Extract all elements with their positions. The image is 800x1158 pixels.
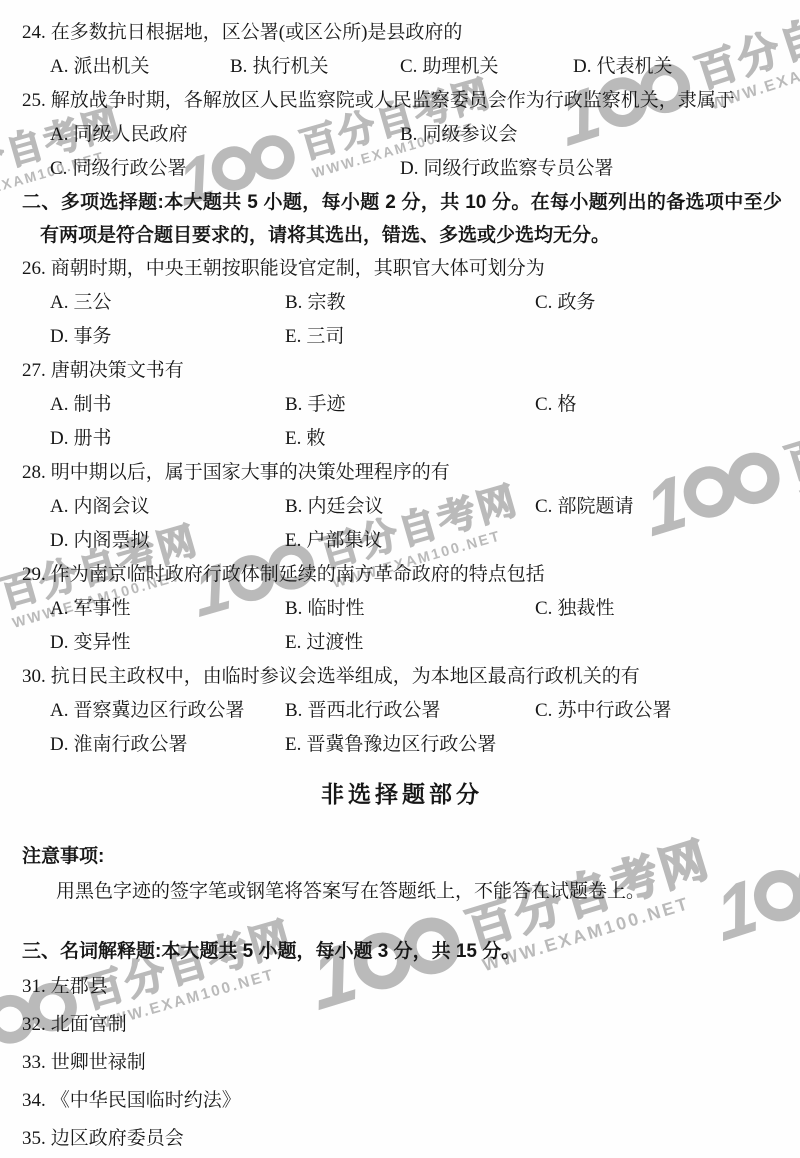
option-B: B.同级参议会 xyxy=(400,118,782,152)
option-text: 助理机关 xyxy=(422,56,498,77)
option-C: C.同级行政公署 xyxy=(50,152,400,186)
option-label: D. xyxy=(573,56,591,77)
option-E: E.过渡性 xyxy=(285,626,535,660)
term-number: 32. xyxy=(22,1006,46,1044)
exam-paper-page: 1百分自考网WWW.EXAM100.NET1百分自考网WWW.EXAM100.N… xyxy=(0,0,800,1158)
option-B: B.晋西北行政公署 xyxy=(285,694,535,728)
option-text: 代表机关 xyxy=(596,56,672,77)
question-stem: 作为南京临时政府行政体制延续的南方革命政府的特点包括 xyxy=(51,558,545,592)
term-item-34: 34.《中华民国临时约法》 xyxy=(22,1082,782,1120)
option-C: C.助理机关 xyxy=(400,50,573,84)
option-B: B.执行机关 xyxy=(230,50,400,84)
question-number: 26. xyxy=(22,252,46,286)
option-text: 制书 xyxy=(73,394,111,415)
term-text: 边区政府委员会 xyxy=(51,1120,184,1158)
notice-label: 注意事项: xyxy=(22,840,782,874)
term-number: 31. xyxy=(22,968,46,1006)
option-row: A.军事性B.临时性C.独裁性 xyxy=(22,592,782,626)
option-E: E.三司 xyxy=(285,320,535,354)
option-A: A.内阁会议 xyxy=(50,490,285,524)
option-C: C.政务 xyxy=(535,286,782,320)
question-number: 29. xyxy=(22,558,46,592)
option-label: A. xyxy=(50,598,68,619)
option-text: 敕 xyxy=(306,428,325,449)
option-label: D. xyxy=(400,158,418,179)
option-label: D. xyxy=(50,734,68,755)
option-label: C. xyxy=(535,598,552,619)
option-E: E.晋冀鲁豫边区行政公署 xyxy=(285,728,535,762)
option-row: D.变异性E.过渡性 xyxy=(22,626,782,660)
multi-choice-questions: 26.商朝时期，中央王朝按职能设官定制，其职官大体可划分为A.三公B.宗教C.政… xyxy=(22,252,782,762)
option-label: D. xyxy=(50,530,68,551)
option-label: C. xyxy=(50,158,67,179)
option-row: A.派出机关B.执行机关C.助理机关D.代表机关 xyxy=(22,50,782,84)
option-text: 内阁会议 xyxy=(73,496,149,517)
question-28: 28.明中期以后，属于国家大事的决策处理程序的有A.内阁会议B.内廷会议C.部院… xyxy=(22,456,782,558)
option-label: A. xyxy=(50,292,68,313)
option-label: E. xyxy=(285,530,301,551)
option-label: D. xyxy=(50,326,68,347)
term-text: 世卿世禄制 xyxy=(51,1044,146,1082)
option-label: E. xyxy=(285,632,301,653)
option-text: 过渡性 xyxy=(306,632,363,653)
option-text: 内阁票拟 xyxy=(73,530,149,551)
option-B: B.临时性 xyxy=(285,592,535,626)
option-text: 晋西北行政公署 xyxy=(307,700,440,721)
option-row: D.册书E.敕 xyxy=(22,422,782,456)
option-text: 执行机关 xyxy=(252,56,328,77)
question-stem: 商朝时期，中央王朝按职能设官定制，其职官大体可划分为 xyxy=(51,252,545,286)
option-label: B. xyxy=(285,292,302,313)
option-label: B. xyxy=(285,700,302,721)
option-row: A.三公B.宗教C.政务 xyxy=(22,286,782,320)
option-text: 变异性 xyxy=(73,632,130,653)
single-choice-questions: 24.在多数抗日根据地，区公署(或区公所)是县政府的A.派出机关B.执行机关C.… xyxy=(22,16,782,186)
option-label: C. xyxy=(535,394,552,415)
option-label: C. xyxy=(535,292,552,313)
option-C: C.格 xyxy=(535,388,782,422)
option-text: 户部集议 xyxy=(306,530,382,551)
option-text: 淮南行政公署 xyxy=(73,734,187,755)
option-label: A. xyxy=(50,56,68,77)
option-B: B.手迹 xyxy=(285,388,535,422)
option-D: D.事务 xyxy=(50,320,285,354)
term-item-32: 32.北面官制 xyxy=(22,1006,782,1044)
question-stem-line: 30.抗日民主政权中，由临时参议会选举组成，为本地区最高行政机关的有 xyxy=(22,660,782,694)
option-text: 三司 xyxy=(306,326,344,347)
option-A: A.军事性 xyxy=(50,592,285,626)
question-stem: 明中期以后，属于国家大事的决策处理程序的有 xyxy=(51,456,450,490)
question-stem-line: 24.在多数抗日根据地，区公署(或区公所)是县政府的 xyxy=(22,16,782,50)
option-label: E. xyxy=(285,428,301,449)
option-text: 同级人民政府 xyxy=(73,124,187,145)
option-label: B. xyxy=(285,598,302,619)
question-stem: 在多数抗日根据地，区公署(或区公所)是县政府的 xyxy=(51,16,463,50)
question-27: 27.唐朝决策文书有A.制书B.手迹C.格D.册书E.敕 xyxy=(22,354,782,456)
option-row: A.内阁会议B.内廷会议C.部院题请 xyxy=(22,490,782,524)
question-number: 25. xyxy=(22,84,46,118)
option-text: 内廷会议 xyxy=(307,496,383,517)
option-text: 宗教 xyxy=(307,292,345,313)
option-A: A.同级人民政府 xyxy=(50,118,400,152)
question-stem: 唐朝决策文书有 xyxy=(51,354,184,388)
option-row: A.晋察冀边区行政公署B.晋西北行政公署C.苏中行政公署 xyxy=(22,694,782,728)
option-label: C. xyxy=(535,700,552,721)
option-text: 册书 xyxy=(73,428,111,449)
question-number: 30. xyxy=(22,660,46,694)
option-label: A. xyxy=(50,124,68,145)
question-stem-line: 29.作为南京临时政府行政体制延续的南方革命政府的特点包括 xyxy=(22,558,782,592)
question-number: 28. xyxy=(22,456,46,490)
option-D: D.代表机关 xyxy=(573,50,782,84)
option-text: 晋冀鲁豫边区行政公署 xyxy=(306,734,496,755)
question-stem-line: 25.解放战争时期，各解放区人民监察院或人民监察委员会作为行政监察机关，隶属于 xyxy=(22,84,782,118)
term-item-33: 33.世卿世禄制 xyxy=(22,1044,782,1082)
term-item-31: 31.左郡县 xyxy=(22,968,782,1006)
option-E: E.户部集议 xyxy=(285,524,535,558)
option-A: A.晋察冀边区行政公署 xyxy=(50,694,285,728)
option-label: D. xyxy=(50,428,68,449)
section-2-heading: 二、多项选择题:本大题共 5 小题，每小题 2 分，共 10 分。在每小题列出的… xyxy=(22,186,782,252)
option-C: C.独裁性 xyxy=(535,592,782,626)
section-3-heading: 三、名词解释题:本大题共 5 小题，每小题 3 分，共 15 分。 xyxy=(22,935,782,968)
option-label: A. xyxy=(50,496,68,517)
option-text: 三公 xyxy=(73,292,111,313)
option-text: 政务 xyxy=(557,292,595,313)
term-text: 北面官制 xyxy=(51,1006,127,1044)
option-C: C.部院题请 xyxy=(535,490,782,524)
option-label: B. xyxy=(400,124,417,145)
option-text: 独裁性 xyxy=(557,598,614,619)
option-text: 同级行政监察专员公署 xyxy=(423,158,613,179)
question-26: 26.商朝时期，中央王朝按职能设官定制，其职官大体可划分为A.三公B.宗教C.政… xyxy=(22,252,782,354)
option-D: D.册书 xyxy=(50,422,285,456)
option-A: A.三公 xyxy=(50,286,285,320)
option-A: A.派出机关 xyxy=(50,50,230,84)
option-row: D.淮南行政公署E.晋冀鲁豫边区行政公署 xyxy=(22,728,782,762)
option-row: C.同级行政公署D.同级行政监察专员公署 xyxy=(22,152,782,186)
question-stem: 解放战争时期，各解放区人民监察院或人民监察委员会作为行政监察机关，隶属于 xyxy=(51,84,735,118)
option-label: A. xyxy=(50,394,68,415)
option-label: D. xyxy=(50,632,68,653)
option-text: 苏中行政公署 xyxy=(557,700,671,721)
option-row: A.同级人民政府B.同级参议会 xyxy=(22,118,782,152)
option-text: 同级行政公署 xyxy=(72,158,186,179)
option-label: E. xyxy=(285,326,301,347)
option-text: 晋察冀边区行政公署 xyxy=(73,700,244,721)
option-row: D.事务E.三司 xyxy=(22,320,782,354)
option-text: 同级参议会 xyxy=(422,124,517,145)
option-label: B. xyxy=(230,56,247,77)
option-text: 格 xyxy=(557,394,576,415)
option-text: 事务 xyxy=(73,326,111,347)
option-label: B. xyxy=(285,394,302,415)
option-E: E.敕 xyxy=(285,422,535,456)
option-D: D.淮南行政公署 xyxy=(50,728,285,762)
term-number: 33. xyxy=(22,1044,46,1082)
question-stem-line: 28.明中期以后，属于国家大事的决策处理程序的有 xyxy=(22,456,782,490)
option-C: C.苏中行政公署 xyxy=(535,694,782,728)
option-text: 临时性 xyxy=(307,598,364,619)
question-stem-line: 26.商朝时期，中央王朝按职能设官定制，其职官大体可划分为 xyxy=(22,252,782,286)
option-text: 军事性 xyxy=(73,598,130,619)
term-number: 35. xyxy=(22,1120,46,1158)
question-30: 30.抗日民主政权中，由临时参议会选举组成，为本地区最高行政机关的有A.晋察冀边… xyxy=(22,660,782,762)
option-row: A.制书B.手迹C.格 xyxy=(22,388,782,422)
option-label: C. xyxy=(400,56,417,77)
term-text: 左郡县 xyxy=(51,968,108,1006)
term-text: 《中华民国临时约法》 xyxy=(51,1082,241,1120)
notice-text: 用黑色字迹的签字笔或钢笔将答案写在答题纸上，不能答在试题卷上。 xyxy=(22,874,782,909)
option-text: 手迹 xyxy=(307,394,345,415)
question-25: 25.解放战争时期，各解放区人民监察院或人民监察委员会作为行政监察机关，隶属于A… xyxy=(22,84,782,186)
option-label: A. xyxy=(50,700,68,721)
option-label: B. xyxy=(285,496,302,517)
exam-content: 24.在多数抗日根据地，区公署(或区公所)是县政府的A.派出机关B.执行机关C.… xyxy=(0,0,800,1158)
term-number: 34. xyxy=(22,1082,46,1120)
question-stem-line: 27.唐朝决策文书有 xyxy=(22,354,782,388)
question-number: 24. xyxy=(22,16,46,50)
term-definition-items: 31.左郡县32.北面官制33.世卿世禄制34.《中华民国临时约法》35.边区政… xyxy=(22,968,782,1158)
question-number: 27. xyxy=(22,354,46,388)
option-B: B.宗教 xyxy=(285,286,535,320)
option-D: D.内阁票拟 xyxy=(50,524,285,558)
option-D: D.同级行政监察专员公署 xyxy=(400,152,782,186)
nonselect-part-title: 非选择题部分 xyxy=(22,778,782,810)
question-29: 29.作为南京临时政府行政体制延续的南方革命政府的特点包括A.军事性B.临时性C… xyxy=(22,558,782,660)
question-stem: 抗日民主政权中，由临时参议会选举组成，为本地区最高行政机关的有 xyxy=(51,660,640,694)
option-label: C. xyxy=(535,496,552,517)
option-D: D.变异性 xyxy=(50,626,285,660)
term-item-35: 35.边区政府委员会 xyxy=(22,1120,782,1158)
option-A: A.制书 xyxy=(50,388,285,422)
option-text: 派出机关 xyxy=(73,56,149,77)
option-label: E. xyxy=(285,734,301,755)
option-text: 部院题请 xyxy=(557,496,633,517)
question-24: 24.在多数抗日根据地，区公署(或区公所)是县政府的A.派出机关B.执行机关C.… xyxy=(22,16,782,84)
option-row: D.内阁票拟E.户部集议 xyxy=(22,524,782,558)
option-B: B.内廷会议 xyxy=(285,490,535,524)
